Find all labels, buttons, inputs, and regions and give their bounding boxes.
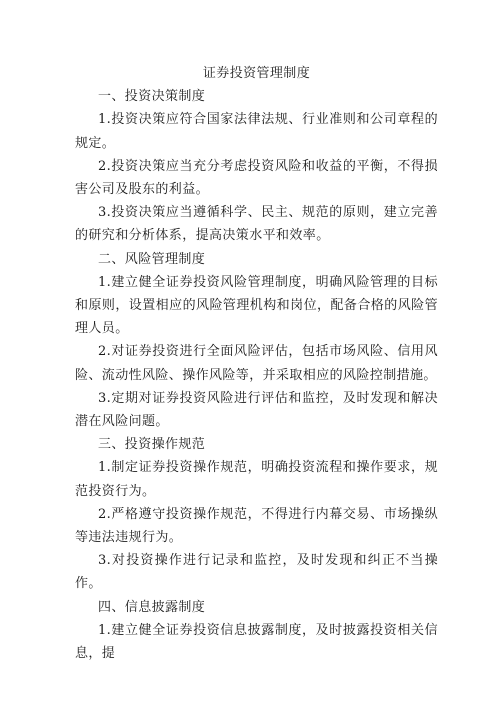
paragraph: 3.投资决策应当遵循科学、民主、规范的原则，建立完善的研究和分析体系，提高决策水…	[75, 201, 438, 247]
paragraph: 2.严格遵守投资操作规范，不得进行内幕交易、市场操纵等违法违规行为。	[75, 503, 438, 549]
section-heading: 三、投资操作规范	[75, 433, 438, 456]
section-investment-decision: 一、投资决策制度 1.投资决策应符合国家法律法规、行业准则和公司章程的规定。 2…	[75, 85, 438, 247]
section-information-disclosure: 四、信息披露制度 1.建立健全证券投资信息披露制度，及时披露投资相关信息，提	[75, 596, 438, 666]
section-risk-management: 二、风险管理制度 1.建立健全证券投资风险管理制度，明确风险管理的目标和原则，设…	[75, 248, 438, 434]
section-investment-operations: 三、投资操作规范 1.制定证券投资操作规范，明确投资流程和操作要求，规范投资行为…	[75, 433, 438, 595]
paragraph: 2.对证券投资进行全面风险评估，包括市场风险、信用风险、流动性风险、操作风险等，…	[75, 340, 438, 386]
paragraph: 1.建立健全证券投资信息披露制度，及时披露投资相关信息，提	[75, 619, 438, 665]
paragraph: 1.投资决策应符合国家法律法规、行业准则和公司章程的规定。	[75, 108, 438, 154]
paragraph: 1.制定证券投资操作规范，明确投资流程和操作要求，规范投资行为。	[75, 456, 438, 502]
paragraph: 3.对投资操作进行记录和监控，及时发现和纠正不当操作。	[75, 549, 438, 595]
section-heading: 二、风险管理制度	[75, 248, 438, 271]
section-heading: 一、投资决策制度	[75, 85, 438, 108]
paragraph: 2.投资决策应当充分考虑投资风险和收益的平衡，不得损害公司及股东的利益。	[75, 155, 438, 201]
paragraph: 1.建立健全证券投资风险管理制度，明确风险管理的目标和原则，设置相应的风险管理机…	[75, 271, 438, 341]
section-heading: 四、信息披露制度	[75, 596, 438, 619]
document-title: 证券投资管理制度	[75, 62, 438, 85]
document-body: 证券投资管理制度 一、投资决策制度 1.投资决策应符合国家法律法规、行业准则和公…	[75, 62, 438, 665]
document-page: 证券投资管理制度 一、投资决策制度 1.投资决策应符合国家法律法规、行业准则和公…	[0, 0, 496, 702]
paragraph: 3.定期对证券投资风险进行评估和监控，及时发现和解决潜在风险问题。	[75, 387, 438, 433]
